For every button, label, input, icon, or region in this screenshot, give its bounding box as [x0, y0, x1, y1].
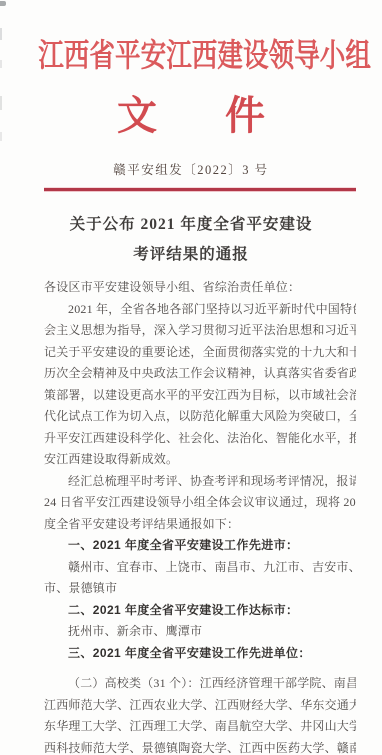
document-title-line2: 考评结果的通报: [0, 240, 382, 270]
document-title: 关于公布 2021 年度全省平安建设 考评结果的通报: [0, 210, 382, 270]
scan-artifact: [0, 96, 2, 110]
para1-line: 历次全会精神及中央政法工作会议精神，认真落实省委省政府决: [44, 363, 356, 385]
salutation: 各设区市平安建设领导小组、省综治责任单位：: [44, 277, 356, 299]
scanned-document-page: 江西省平安江西建设领导小组 文件 赣平安组发〔2022〕3 号 关于公布 202…: [0, 0, 382, 755]
heading-advanced-cities: 一、2021 年度全省平安建设工作先进市：: [44, 535, 356, 557]
para2-line: 度全省平安建设考评结果通报如下：: [44, 514, 356, 536]
list-advanced-cities: 赣州市、宜春市、上饶市、南昌市、九江市、吉安市、萍乡: [44, 557, 356, 579]
document-type-label: 文件: [0, 94, 382, 138]
para1-line: 会主义思想为指导，深入学习贯彻习近平法治思想和习近平总书: [44, 320, 356, 342]
para2-line: 24 日省平安江西建设领导小组全体会议审议通过，现将 2021 年: [44, 492, 356, 514]
red-divider-line: [44, 188, 356, 191]
scan-artifact: [0, 60, 2, 68]
document-reference-number: 赣平安组发〔2022〕3 号: [0, 162, 382, 178]
list-universities-line: 西科技师范大学、景德镇陶瓷大学、江西中医药大学、赣南医学: [44, 738, 356, 755]
document-title-line1: 关于公布 2021 年度全省平安建设: [0, 210, 382, 240]
para2-line: 经汇总梳理平时考评、协查考评和现场考评情况，报请 2 月: [44, 471, 356, 493]
heading-qualified-cities: 二、2021 年度全省平安建设工作达标市：: [44, 600, 356, 622]
para1-line: 代化试点工作为切入点，以防范化解重大风险为突破口，全面提: [44, 406, 356, 428]
para1-line: 安江西建设取得新成效。: [44, 449, 356, 471]
heading-advanced-units: 三、2021 年度全省平安建设工作先进单位：: [44, 643, 356, 665]
scan-artifact: [0, 132, 2, 141]
scan-artifact: [0, 1, 6, 6]
para1-line: 2021 年，全省各地各部门坚持以习近平新时代中国特色社: [44, 299, 356, 321]
document-body: 各设区市平安建设领导小组、省综治责任单位： 2021 年，全省各地各部门坚持以习…: [44, 277, 356, 755]
para1-line: 记关于平安建设的重要论述，全面贯彻落实党的十九大和十九届: [44, 342, 356, 364]
issuing-organization-title: 江西省平安江西建设领导小组: [38, 38, 344, 72]
list-universities-line: 江西师范大学、江西农业大学、江西财经大学、华东交通大学、: [44, 695, 356, 717]
para1-line: 升平安江西建设科学化、社会化、法治化、智能化水平，推动平: [44, 428, 356, 450]
list-universities-line: （二）高校类（31 个）：江西经济管理干部学院、南昌大学、: [44, 673, 356, 695]
list-advanced-cities: 市、景德镇市: [44, 578, 356, 600]
list-universities-line: 东华理工大学、江西理工大学、南昌航空大学、井冈山大学、江: [44, 716, 356, 738]
scan-artifact: [0, 28, 2, 40]
para1-line: 策部署，以建设更高水平的平安江西为目标，以市域社会治理现: [44, 385, 356, 407]
list-qualified-cities: 抚州市、新余市、鹰潭市: [44, 621, 356, 643]
